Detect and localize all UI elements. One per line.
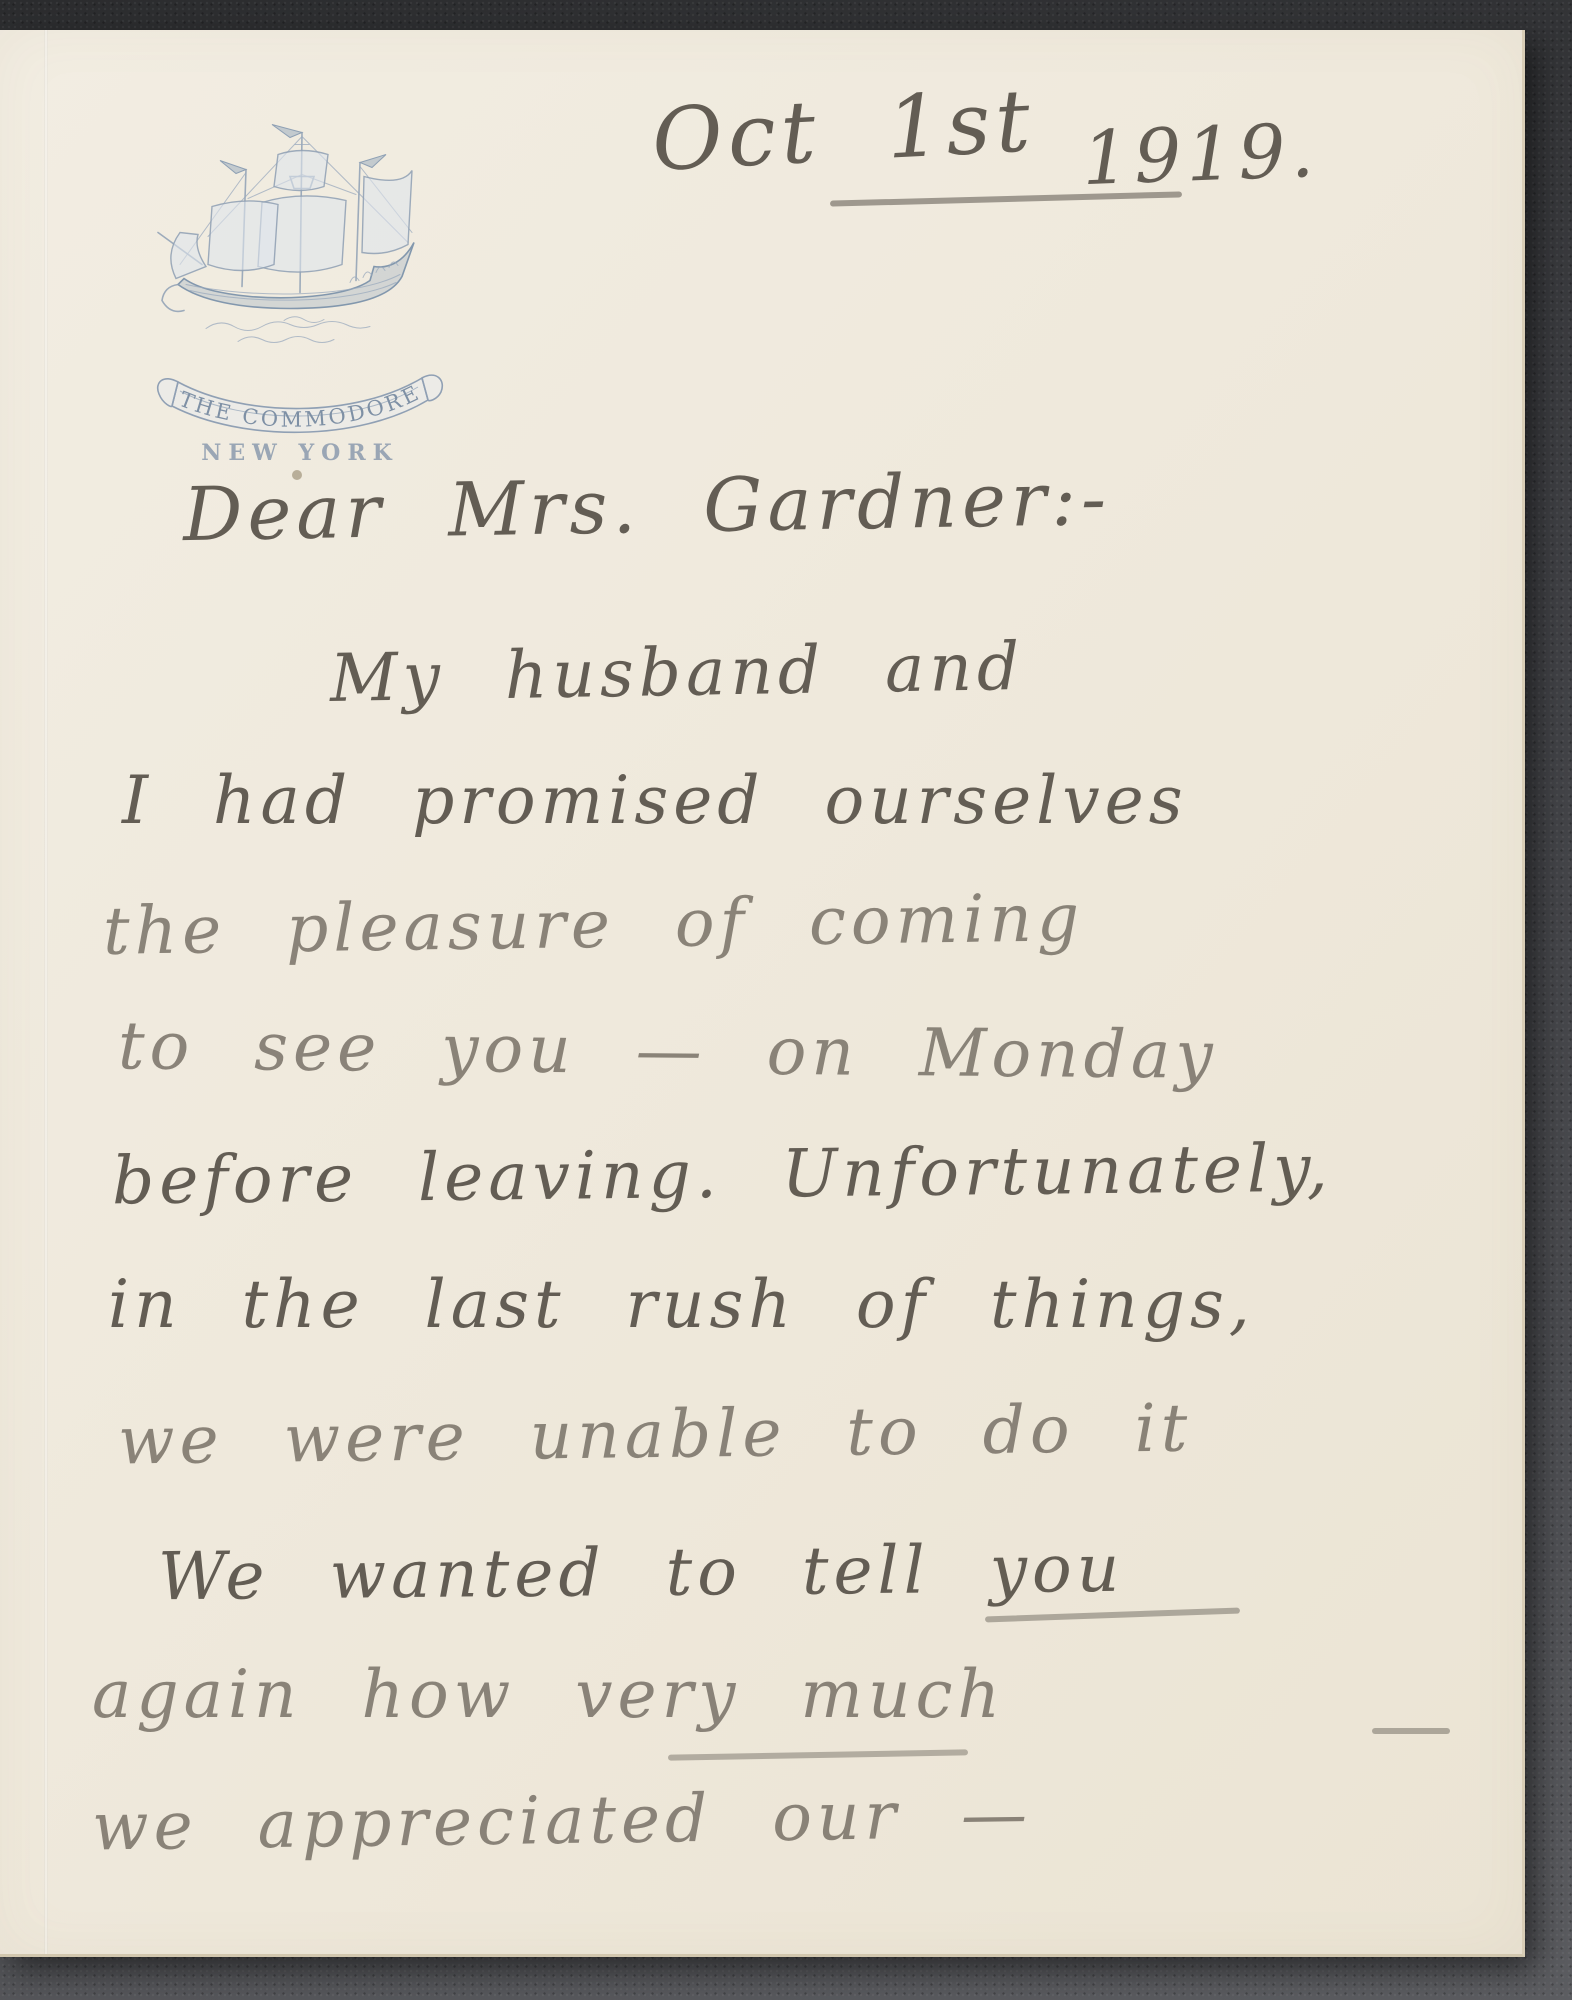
- body-line-5: before leaving. Unfortunately,: [112, 1136, 1333, 1215]
- letterhead-city: NEW YORK: [150, 440, 450, 466]
- ship-emblem-icon: [150, 112, 450, 367]
- body-line-7: we were unable to do it: [118, 1395, 1193, 1474]
- much-dash-stroke: [1372, 1728, 1450, 1734]
- body-line-1: My husband and: [329, 634, 1024, 712]
- salutation: Dear Mrs. Gardner:-: [182, 462, 1111, 552]
- svg-text:THE COMMODORE: THE COMMODORE: [176, 380, 425, 431]
- body-line-9: again how very much: [92, 1662, 1005, 1728]
- body-line-6: in the last rush of things,: [108, 1272, 1255, 1338]
- body-line-3: the pleasure of coming: [103, 885, 1085, 965]
- background-mat: THE COMMODORE NEW YORK Oct 1st 1919. Dea…: [0, 0, 1572, 2000]
- body-line-8: We wanted to tell you: [158, 1536, 1125, 1610]
- date-year: 1919.: [1081, 114, 1320, 196]
- date-month-day: Oct 1st: [650, 78, 1037, 184]
- body-line-4: to see you — on Monday: [118, 1013, 1218, 1089]
- fold-crease: [44, 30, 48, 1954]
- body-line-2: I had promised ourselves: [122, 768, 1188, 834]
- body-line-10: we appreciated our —: [92, 1781, 1033, 1860]
- letterhead-banner: THE COMMODORE: [176, 380, 425, 431]
